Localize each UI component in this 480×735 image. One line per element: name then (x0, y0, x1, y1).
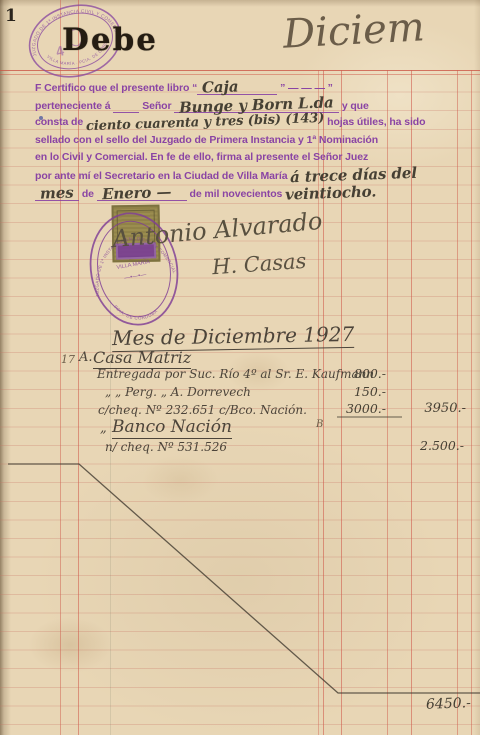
page-total: 6450.- (426, 695, 471, 713)
closeout-diagonal-line (8, 464, 480, 693)
ledger-page-scan: 1 JUZGADO DE 1ª INSTANCIA CIVIL Y COMERC… (0, 0, 480, 735)
closeout-ink-lines (0, 0, 480, 735)
